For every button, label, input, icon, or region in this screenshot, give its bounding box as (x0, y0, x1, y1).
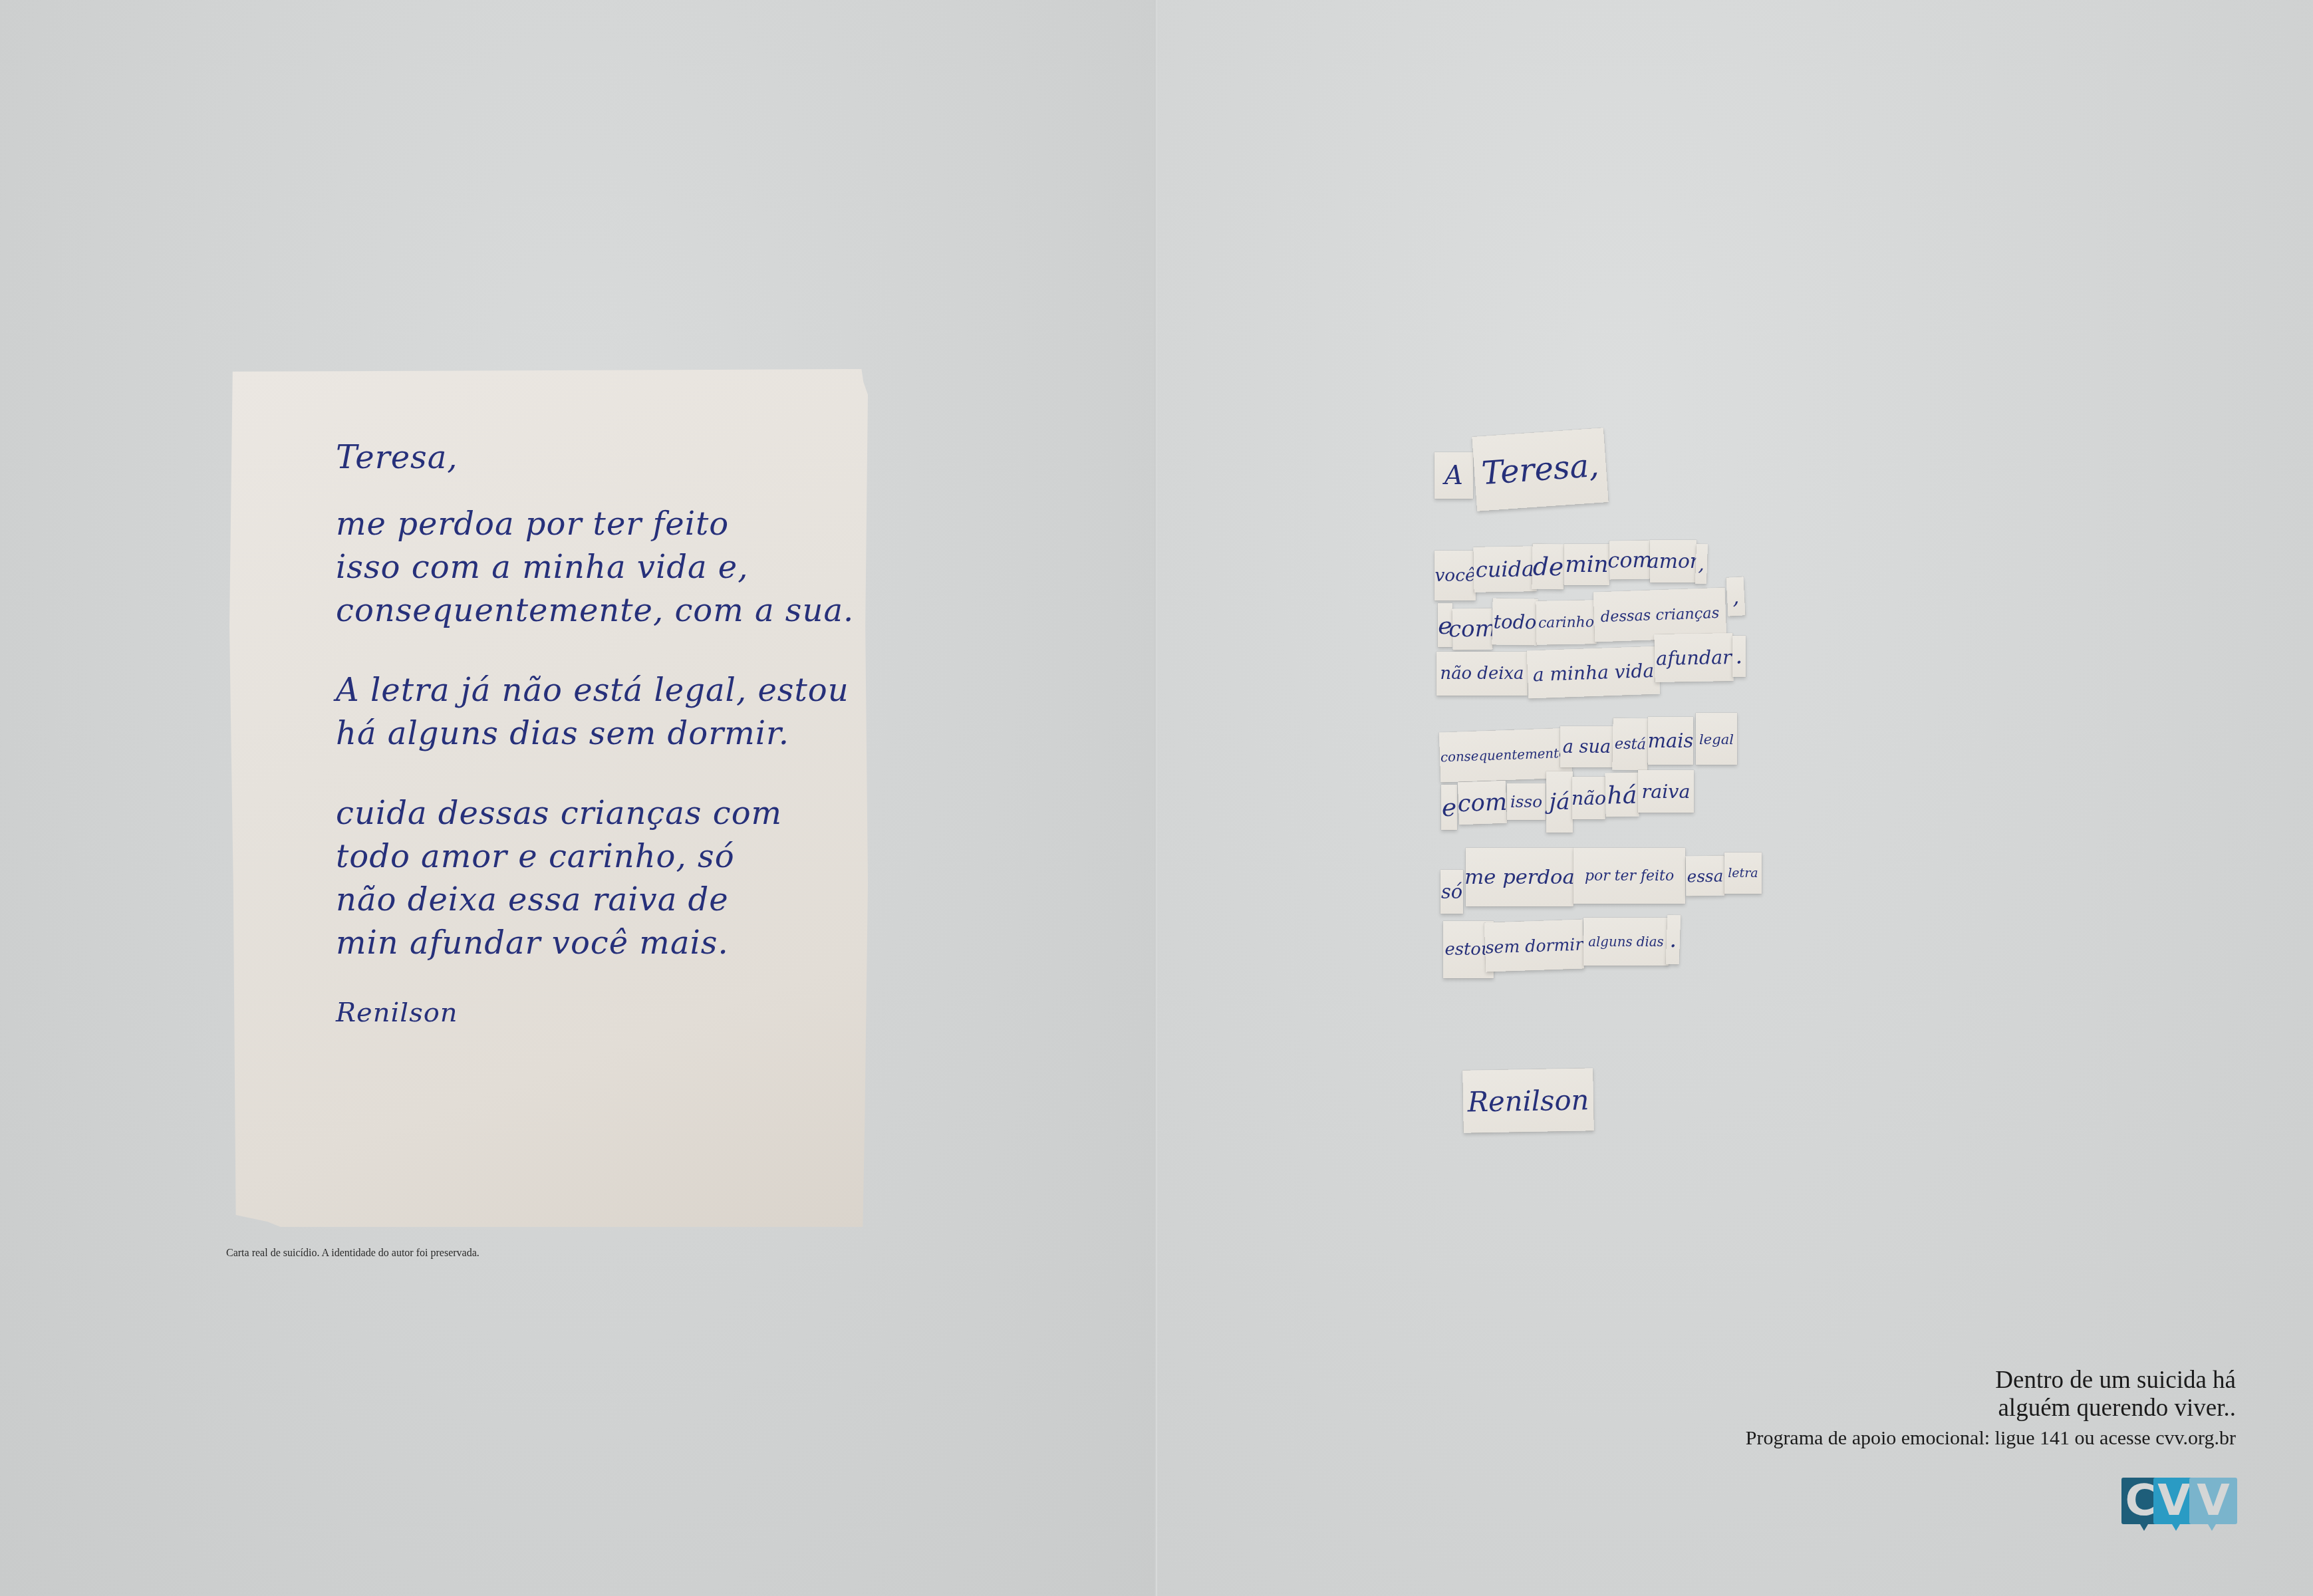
letter-line: há alguns dias sem dormir. (336, 715, 789, 752)
paper-strip: todo (1492, 598, 1538, 645)
cvv-logo: C V V (2121, 1478, 2239, 1527)
tagline-headline-line2: alguém querendo viver.. (1746, 1395, 2236, 1422)
paper-strip: amor (1650, 540, 1697, 583)
paper-strip: está (1612, 718, 1648, 771)
logo-letter-v1: V (2153, 1478, 2195, 1524)
paper-strip: min (1564, 544, 1609, 585)
paper-strip: você (1434, 551, 1476, 600)
paper-strip: há (1605, 773, 1639, 817)
paper-strip: já (1546, 771, 1573, 833)
paper-strip: Teresa, (1472, 428, 1608, 511)
paper-strip: letra (1724, 853, 1762, 894)
paper-strip: . (1666, 915, 1681, 965)
paper-strip: , (1726, 577, 1746, 616)
tagline-subline: Programa de apoio emocional: ligue 141 o… (1746, 1425, 2236, 1452)
right-page (1156, 0, 2313, 1596)
logo-letter-v2: V (2189, 1478, 2237, 1524)
paper-strip: não (1572, 777, 1605, 819)
paper-strip: por ter feito (1573, 848, 1685, 904)
paper-strip: carinho (1536, 600, 1596, 645)
paper-strip: a minha vida (1527, 646, 1660, 699)
paper-strip: legal (1696, 713, 1737, 765)
tagline-headline-line1: Dentro de um suicida há (1746, 1367, 2236, 1395)
letter-line: consequentemente, com a sua. (336, 592, 854, 629)
letter-signature: Renilson (336, 997, 458, 1028)
letter-line: isso com a minha vida e, (336, 549, 749, 586)
paper-strip: Renilson (1462, 1068, 1594, 1132)
paper-strip: . (1732, 636, 1746, 677)
handwritten-letter: Teresa, me perdoa por ter feito isso com… (229, 369, 868, 1227)
letter-line: A letra já não está legal, estou (336, 672, 849, 709)
paper-strip: essa (1685, 855, 1724, 896)
letter-line: não deixa essa raiva de (336, 881, 729, 918)
paper-strip: cuida (1473, 546, 1536, 593)
paper-strip: afundar (1654, 633, 1733, 682)
letter-line: Teresa, (336, 439, 458, 476)
page-spine (1155, 0, 1157, 1596)
paper-strip: isso (1507, 783, 1546, 820)
paper-strip: mais (1648, 717, 1693, 765)
letter-line: cuida dessas crianças com (336, 795, 782, 832)
paper-strip: com (1452, 608, 1492, 650)
paper-strip: , (1695, 544, 1708, 585)
paper-strip: com (1458, 781, 1507, 825)
paper-strip: raiva (1638, 770, 1694, 813)
paper-strip: não deixa (1436, 652, 1528, 696)
paper-strip: alguns dias (1583, 918, 1669, 966)
letter-line: min afundar você mais. (336, 924, 729, 962)
paper-strip: só (1440, 870, 1463, 914)
letter-line: todo amor e carinho, só (336, 838, 735, 875)
letter-line: me perdoa por ter feito (336, 505, 729, 543)
paper-strip: de (1532, 544, 1564, 590)
paper-strip: A (1434, 452, 1473, 499)
paper-strip: e (1441, 785, 1457, 830)
tagline: Dentro de um suicida há alguém querendo … (1746, 1367, 2236, 1452)
letter-caption: Carta real de suicídio. A identidade do … (226, 1248, 479, 1260)
paper-strip: sem dormir (1484, 919, 1584, 972)
paper-strip: a sua (1560, 726, 1613, 767)
paper-strip: me perdoa (1466, 848, 1573, 906)
paper-strip: com (1609, 540, 1651, 579)
